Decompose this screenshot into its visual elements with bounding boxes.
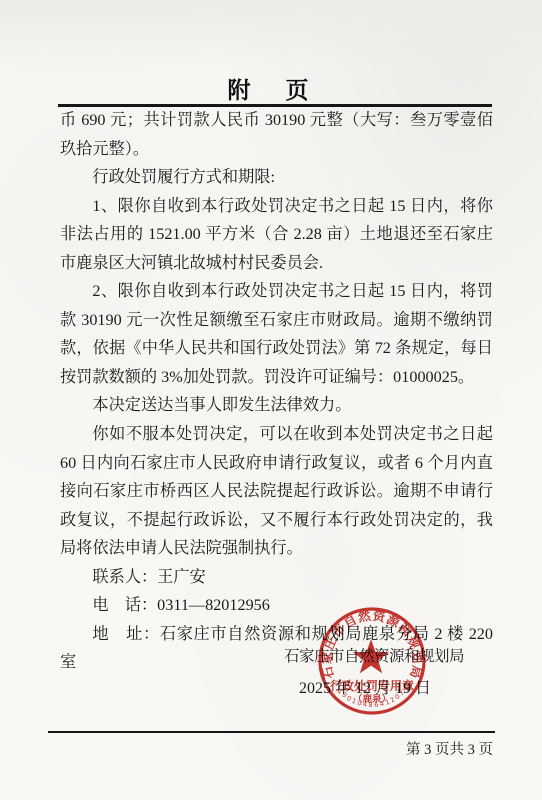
paragraph-amount: 币 690 元；共计罚款人民币 30190 元整（大写：叁万零壹佰玖拾元整）。	[60, 106, 493, 163]
page-title: 附 页	[0, 72, 542, 105]
official-seal: 石家庄市自然资源和规划局 行政处罚专用章 （鹿泉） 1301048641207	[310, 598, 440, 728]
paragraph-heading-performance: 行政处罚履行方式和期限:	[60, 163, 493, 192]
footer-rule	[48, 731, 495, 733]
star-icon	[353, 639, 389, 673]
contact-person-line: 联系人：王广安	[60, 563, 493, 592]
document-page: 附 页 币 690 元；共计罚款人民币 30190 元整（大写：叁万零壹佰玖拾元…	[0, 0, 542, 800]
paragraph-effectiveness: 本决定送达当事人即发生法律效力。	[60, 391, 493, 420]
paragraph-appeal-rights: 你如不服本处罚决定，可以在收到本处罚决定书之日起 60 日内向石家庄市人民政府申…	[60, 420, 493, 563]
paragraph-item-1: 1、限你自收到本行政处罚决定书之日起 15 日内，将你非法占用的 1521.00…	[60, 192, 493, 278]
paragraph-item-2: 2、限你自收到本行政处罚决定书之日起 15 日内，将罚款 30190 元一次性足…	[60, 277, 493, 391]
document-body: 币 690 元；共计罚款人民币 30190 元整（大写：叁万零壹佰玖拾元整）。 …	[60, 106, 493, 677]
page-number: 第 3 页共 3 页	[406, 738, 493, 759]
